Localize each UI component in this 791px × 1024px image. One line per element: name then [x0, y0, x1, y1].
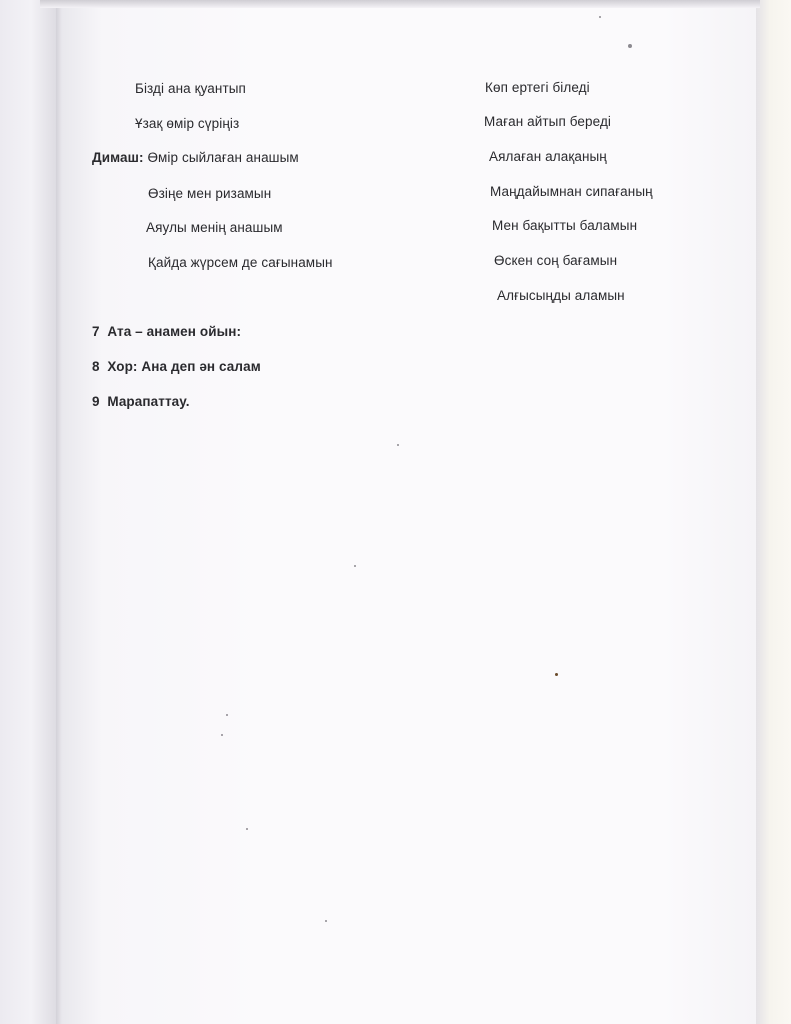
- poem-line: Мен бақытты баламын: [492, 218, 637, 233]
- poem-line: Өзіңе мен ризамын: [148, 186, 271, 201]
- poem-line: Көп ертегі біледі: [485, 80, 590, 95]
- scan-speck: [246, 828, 248, 830]
- page-top-shadow: [40, 0, 760, 8]
- poem-line: Бізді ана қуантып: [135, 81, 246, 96]
- item-text: Марапаттау.: [107, 394, 189, 409]
- item-number: 7: [92, 324, 100, 339]
- poem-line-text: Өмір сыйлаған анашым: [147, 150, 298, 165]
- program-item-9: 9 Марапаттау.: [92, 394, 190, 409]
- poem-line: Өскен соң бағамын: [494, 253, 617, 268]
- scan-speck: [221, 734, 223, 736]
- poem-line: Маған айтып береді: [484, 114, 611, 129]
- poem-line: Ұзақ өмір сүріңіз: [135, 116, 239, 131]
- speaker-name: Димаш:: [92, 150, 144, 165]
- scan-speck: [226, 714, 228, 716]
- scan-speck: [397, 444, 399, 446]
- item-text: Хор: Ана деп ән салам: [107, 359, 260, 374]
- item-text: Ата – анамен ойын:: [107, 324, 241, 339]
- page-right-edge: [756, 0, 791, 1024]
- program-item-8: 8 Хор: Ана деп ән салам: [92, 359, 261, 374]
- scan-speck: [628, 44, 632, 48]
- scan-speck: [555, 673, 558, 676]
- poem-line: Қайда жүрсем де сағынамын: [148, 255, 333, 270]
- poem-line-speaker: Димаш: Өмір сыйлаған анашым: [92, 150, 299, 165]
- scan-speck: [599, 16, 601, 18]
- poem-line: Алғысыңды аламын: [497, 288, 625, 303]
- scan-speck: [354, 565, 356, 567]
- poem-line: Аяулы менің анашым: [146, 220, 283, 235]
- page-binding: [0, 0, 62, 1024]
- program-item-7: 7 Ата – анамен ойын:: [92, 324, 241, 339]
- item-number: 9: [92, 394, 100, 409]
- poem-line: Маңдайымнан сипағаның: [490, 184, 653, 199]
- scan-speck: [325, 920, 327, 922]
- item-number: 8: [92, 359, 100, 374]
- poem-line: Аялаған алақаның: [489, 149, 607, 164]
